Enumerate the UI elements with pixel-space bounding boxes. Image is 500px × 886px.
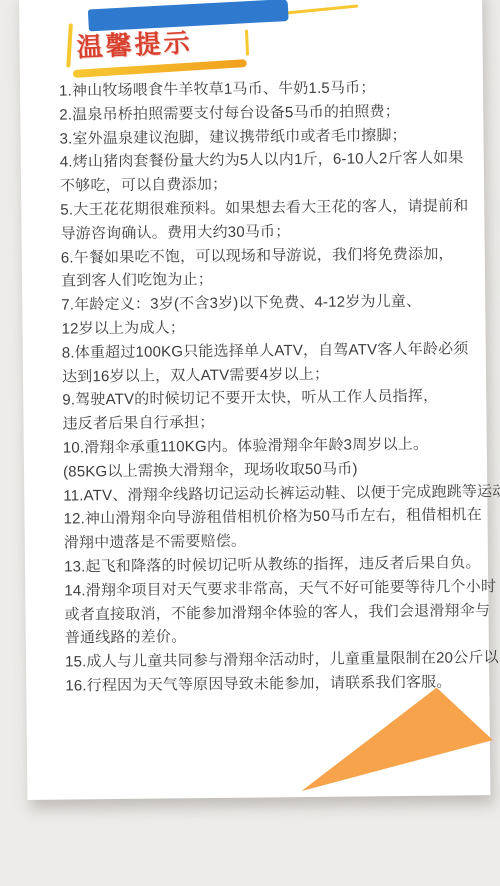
tip-item: 8.体重超过100KG只能选择单人ATV，自驾ATV客人年龄必须达到16岁以上，… bbox=[62, 337, 482, 389]
tip-item: 9.驾驶ATV的时候切记不要开太快，听从工作人员指挥，违反者后果自行承担； bbox=[62, 385, 482, 437]
tip-item: 10.滑翔伞承重110KG内。体验滑翔伞年龄3周岁以上。(85KG以上需换大滑翔… bbox=[63, 432, 483, 484]
tip-line: 或者直接取消，不能参加滑翔伞体验的客人，我们会退滑翔伞与 bbox=[64, 599, 484, 627]
tips-list: 1.神山牧场喂食牛羊牧草1马币、牛奶1.5马币；2.温泉吊桥拍照需要支付每台设备… bbox=[59, 75, 485, 698]
tip-line: 6.午餐如果吃不饱，可以现场和导游说，我们将免费添加， bbox=[61, 242, 481, 270]
tip-line: 4.烤山猪肉套餐份量大约为5人以内1斤，6-10人2斤客人如果 bbox=[60, 147, 480, 175]
tip-item: 14.滑翔伞项目对天气要求非常高，天气不好可能要等待几个小时或者直接取消，不能参… bbox=[64, 575, 485, 651]
tip-item: 16.行程因为天气等原因导致未能参加，请联系我们客服。 bbox=[65, 670, 485, 698]
frame-left-stroke bbox=[66, 23, 73, 67]
tip-line: 9.驾驶ATV的时候切记不要开太快，听从工作人员指挥， bbox=[62, 385, 482, 413]
tip-line: 7.年龄定义：3岁(不含3岁)以下免费、4-12岁为儿童、 bbox=[61, 289, 481, 317]
frame-right-stroke bbox=[245, 30, 249, 56]
page-background: 温馨提示 1.神山牧场喂食牛羊牧草1马币、牛奶1.5马币；2.温泉吊桥拍照需要支… bbox=[0, 0, 500, 886]
tip-line: 5.大王花花期很难预料。如果想去看大王花的客人，请提前和 bbox=[60, 194, 480, 222]
tip-item: 7.年龄定义：3岁(不含3岁)以下免费、4-12岁为儿童、12岁以上为成人； bbox=[61, 289, 481, 341]
notice-card: 温馨提示 1.神山牧场喂食牛羊牧草1马币、牛奶1.5马币；2.温泉吊桥拍照需要支… bbox=[19, 0, 490, 800]
tip-item: 5.大王花花期很难预料。如果想去看大王花的客人，请提前和导游咨询确认。费用大约3… bbox=[60, 194, 480, 246]
notice-title: 温馨提示 bbox=[76, 22, 194, 64]
tip-line: 16.行程因为天气等原因导致未能参加，请联系我们客服。 bbox=[65, 670, 485, 698]
tip-line: 10.滑翔伞承重110KG内。体验滑翔伞年龄3周岁以上。 bbox=[63, 432, 483, 460]
tip-item: 12.神山滑翔伞向导游租借相机价格为50马币左右，租借相机在滑翔中遗落是不需要赔… bbox=[63, 504, 483, 556]
tip-item: 6.午餐如果吃不饱，可以现场和导游说，我们将免费添加，直到客人们吃饱为止； bbox=[61, 242, 481, 294]
folded-corner-decoration bbox=[300, 687, 493, 791]
tip-line: 12.神山滑翔伞向导游租借相机价格为50马币左右，租借相机在 bbox=[63, 504, 483, 532]
tip-item: 4.烤山猪肉套餐份量大约为5人以内1斤，6-10人2斤客人如果不够吃，可以自费添… bbox=[60, 147, 480, 199]
tip-line: 8.体重超过100KG只能选择单人ATV，自驾ATV客人年龄必须 bbox=[62, 337, 482, 365]
